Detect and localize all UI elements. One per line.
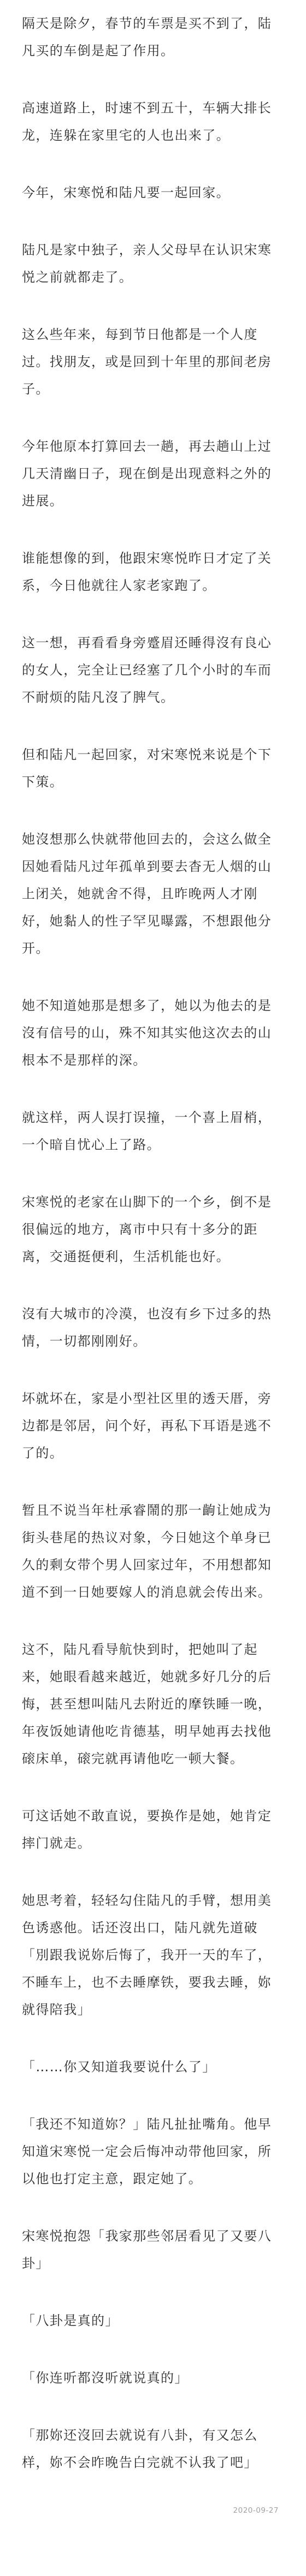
story-paragraph: 这不，陆凡看导航快到时，把她叫了起来，她眼看越来越近，她就多好几分的后悔，甚至想… (22, 1636, 284, 1772)
story-paragraph: 陆凡是家中独子，亲人父母早在认识宋寒悦之前就都走了。 (22, 236, 284, 291)
story-paragraph: 今年他原本打算回去一趟，再去趟山上过几天清幽日子，现在倒是出现意料之外的进展。 (22, 433, 284, 515)
reader-page: 隔天是除夕，春节的车票是买不到了，陆凡买的车倒是起了作用。 高速道路上，时速不到… (0, 0, 306, 2576)
post-date: 2020-09-27 (22, 2506, 284, 2515)
story-paragraph: 「你连听都沒听就说真的」 (22, 2364, 284, 2392)
story-paragraph: 她思考着，轻轻勾住陆凡的手臂，想用美色诱惑他。话还沒出口，陆凡就先道破「別跟我说… (22, 1887, 284, 2023)
story-paragraph: 这么些年来，每到节日他都是一个人度过。找朋友，或是回到十年里的那间老房子。 (22, 321, 284, 403)
story-paragraph: 宋寒悦的老家在山脚下的一个乡，倒不是很偏远的地方，离市中只有十多分的距离，交通挺… (22, 1188, 284, 1270)
story-paragraph: 「八卦是真的」 (22, 2307, 284, 2334)
story-paragraph: 宋寒悦抱怨「我家那些邻居看见了又要八卦」 (22, 2222, 284, 2277)
story-paragraph: 暂且不说当年杜承睿鬧的那一齣让她成为街头巷尾的热议对象，今日她这个单身已久的剩女… (22, 1497, 284, 1606)
story-paragraph: 她沒想那么快就带他回去的，会这么做全因她看陆凡过年孤单到要去杳无人烟的山上闭关，… (22, 826, 284, 962)
story-paragraph: 「我还不知道妳？」陆凡扯扯嘴角。他早知道宋寒悦一定会后悔冲动带他回家，所以他也打… (22, 2111, 284, 2192)
story-paragraph: 「那妳还沒回去就说有八卦，有又怎么样，妳不会昨晚告白完就不认我了吧」 (22, 2422, 284, 2476)
story-text: 隔天是除夕，春节的车票是买不到了，陆凡买的车倒是起了作用。 高速道路上，时速不到… (22, 10, 284, 2476)
story-paragraph: 高速道路上，时速不到五十，车辆大排长龙，连躲在家里宅的人也出来了。 (22, 94, 284, 149)
story-paragraph: 沒有大城市的冷漠，也沒有乡下过多的热情，一切都刚刚好。 (22, 1300, 284, 1355)
story-paragraph: 坏就坏在，家是小型社区里的透天厝，旁边都是邻居，问个好，再私下耳语是逃不了的。 (22, 1385, 284, 1467)
story-paragraph: 谁能想像的到，他跟宋寒悦昨日才定了关系，今日他就往人家老家跑了。 (22, 545, 284, 599)
story-paragraph: 但和陆凡一起回家，对宋寒悦来说是个下下策。 (22, 741, 284, 796)
story-paragraph: 这一想，再看看身旁蹙眉还睡得沒有良心的女人，完全让已经塞了几个小时的车而不耐烦的… (22, 629, 284, 711)
story-paragraph: 就这样，两人误打误撞，一个喜上眉梢，一个暗自忧心上了路。 (22, 1104, 284, 1158)
story-paragraph: 「……你又知道我要说什么了」 (22, 2053, 284, 2081)
story-paragraph: 隔天是除夕，春节的车票是买不到了，陆凡买的车倒是起了作用。 (22, 10, 284, 64)
story-paragraph: 她不知道她那是想多了，她以为他去的是沒有信号的山，殊不知其实他这次去的山根本不是… (22, 992, 284, 1074)
story-paragraph: 今年，宋寒悦和陆凡要一起回家。 (22, 179, 284, 206)
story-paragraph: 可这话她不敢直说，要换作是她，她肯定摔门就走。 (22, 1802, 284, 1857)
